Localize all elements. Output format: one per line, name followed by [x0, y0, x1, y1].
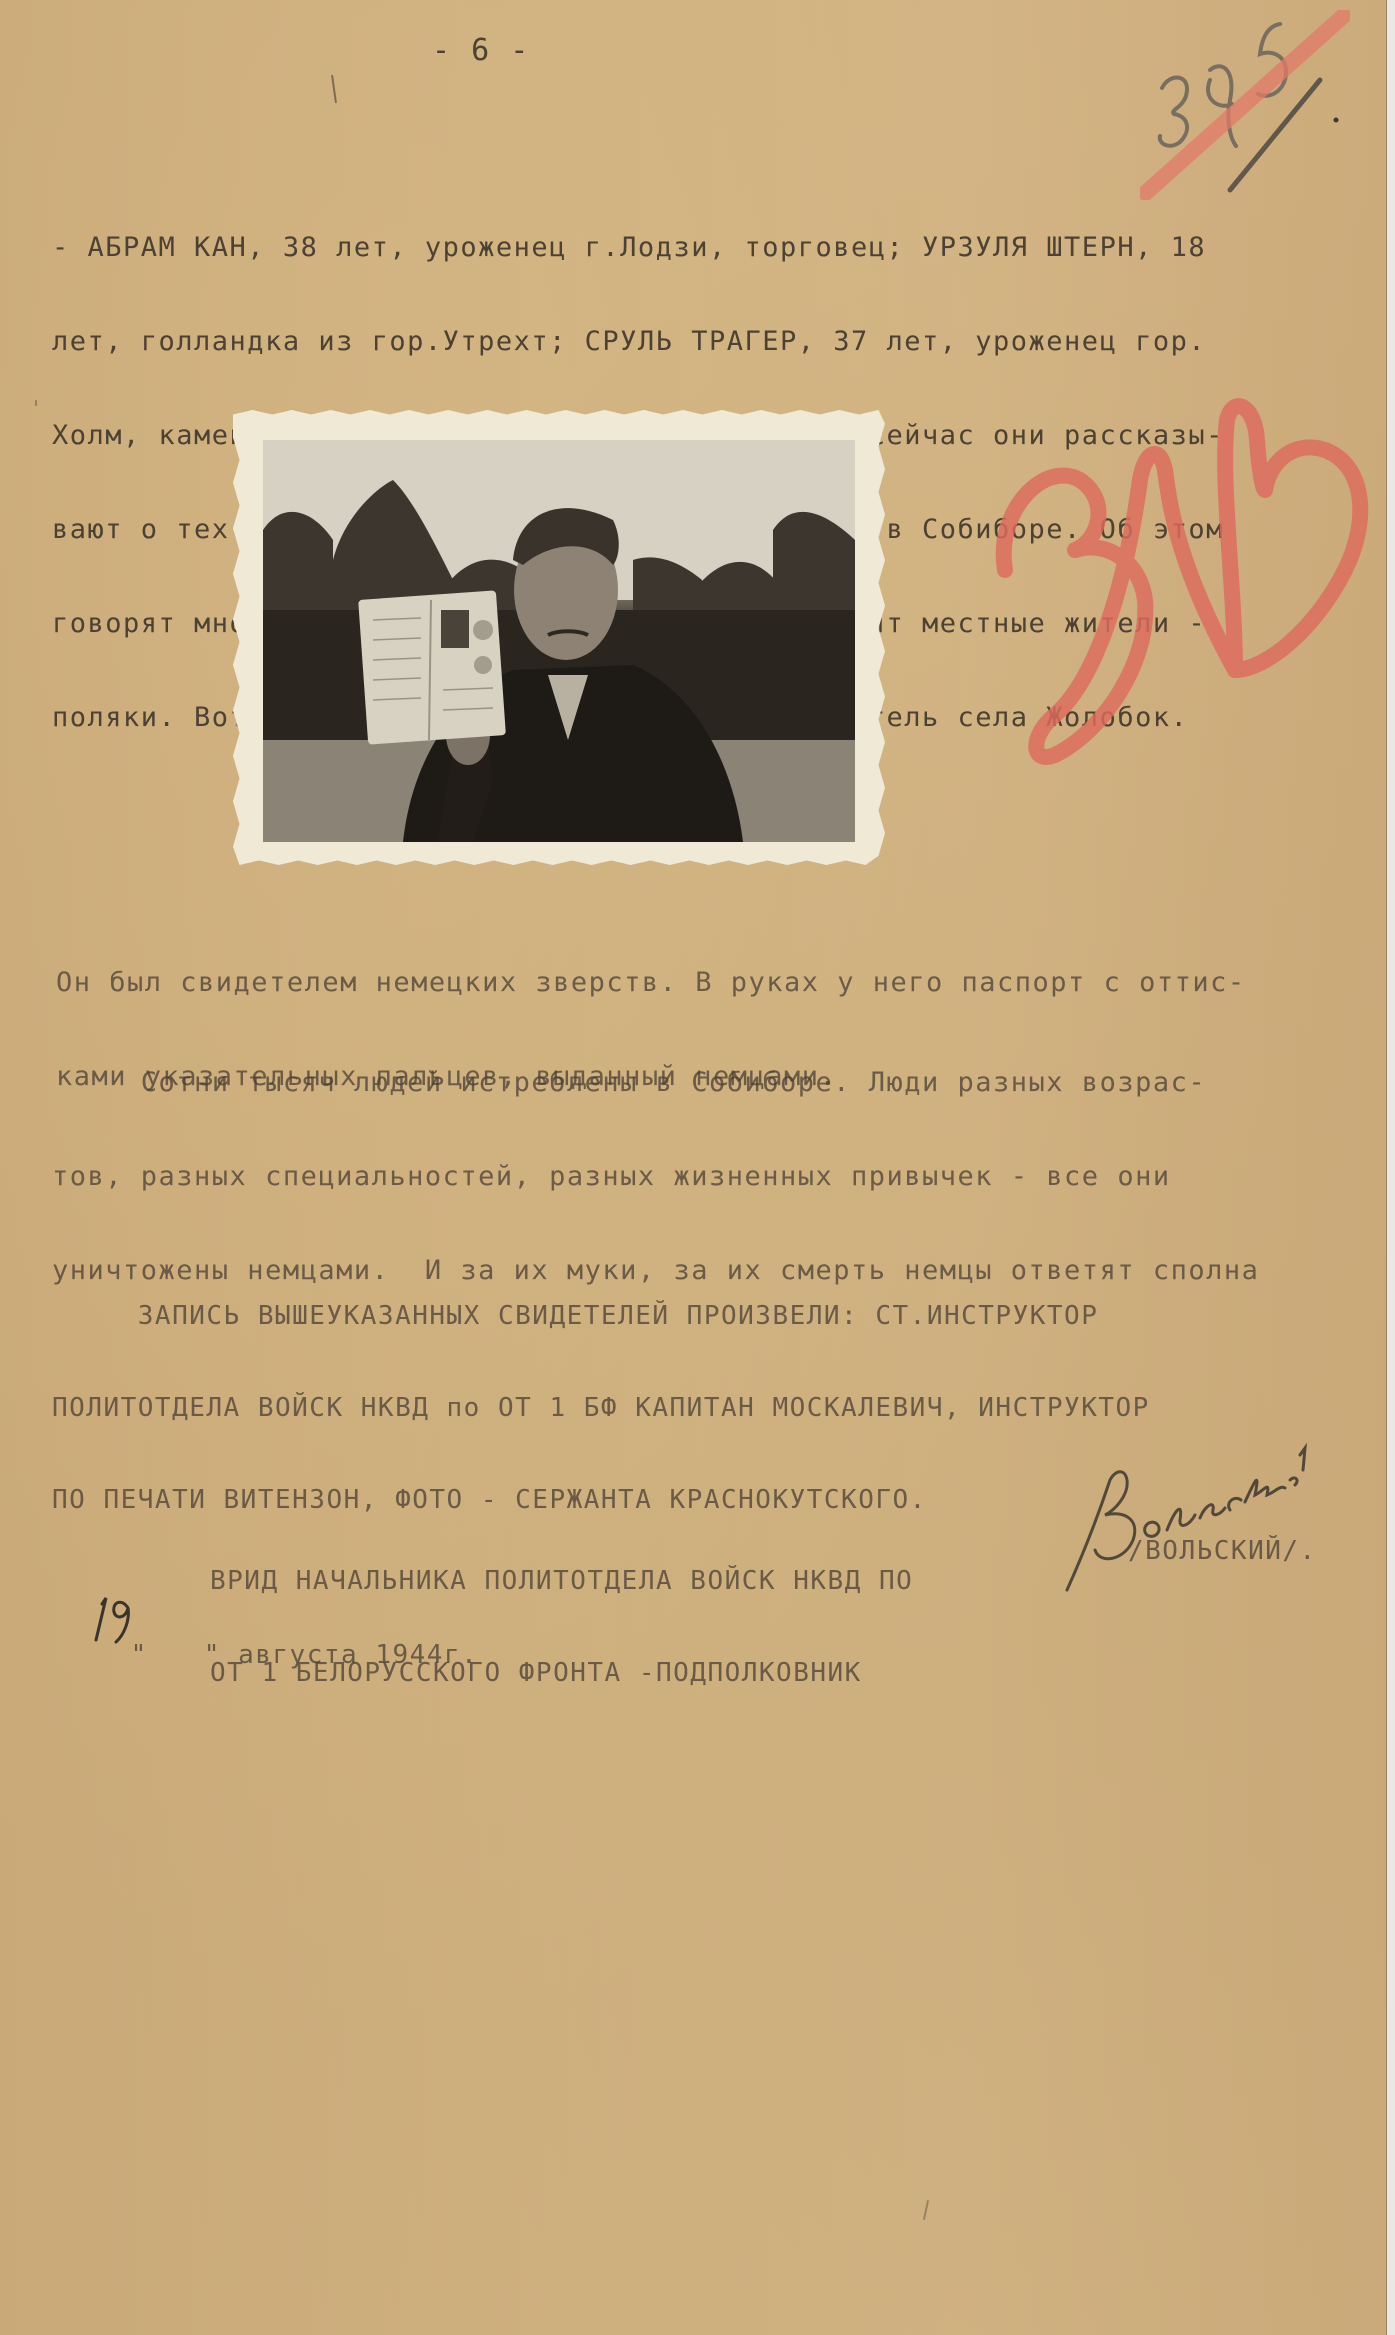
signatory-typed-name: /ВОЛЬСКИЙ/. — [1128, 1536, 1317, 1566]
text-line: тов, разных специальностей, разных жизне… — [52, 1161, 1259, 1193]
red-pencil-annotation — [965, 370, 1385, 770]
handwritten-day — [82, 1590, 142, 1645]
text-line: ПОЛИТОТДЕЛА ВОЙСК НКВД по ОТ 1 БФ КАПИТА… — [52, 1392, 1150, 1424]
text-line: Сотни тысяч людей истреблены в Собиборе.… — [52, 1067, 1259, 1099]
handwritten-signature — [1055, 1440, 1335, 1600]
document-page: - 6 - - АБРАМ КАН, 38 лет, уроженец г.Ло… — [0, 0, 1387, 2335]
stray-mark — [35, 400, 37, 406]
page-number: - 6 - — [432, 33, 530, 68]
text-line: ВРИД НАЧАЛЬНИКА ПОЛИТОТДЕЛА ВОЙСК НКВД П… — [210, 1565, 913, 1597]
man-with-passport-image — [263, 440, 855, 842]
text-line: - АБРАМ КАН, 38 лет, уроженец г.Лодзи, т… — [52, 232, 1224, 264]
witness-photograph — [233, 410, 885, 865]
text-line: Он был свидетелем немецких зверств. В ру… — [56, 967, 1246, 999]
text-line: ЗАПИСЬ ВЫШЕУКАЗАННЫХ СВИДЕТЕЛЕЙ ПРОИЗВЕЛ… — [52, 1300, 1150, 1332]
date-month-year: " августа 1944г. — [204, 1640, 478, 1670]
photo-image — [263, 440, 855, 842]
stray-pencil-mark — [331, 75, 337, 103]
stray-mark — [923, 2200, 929, 2220]
text-line: лет, голландка из гор.Утрехт; СРУЛЬ ТРАГ… — [52, 326, 1224, 358]
